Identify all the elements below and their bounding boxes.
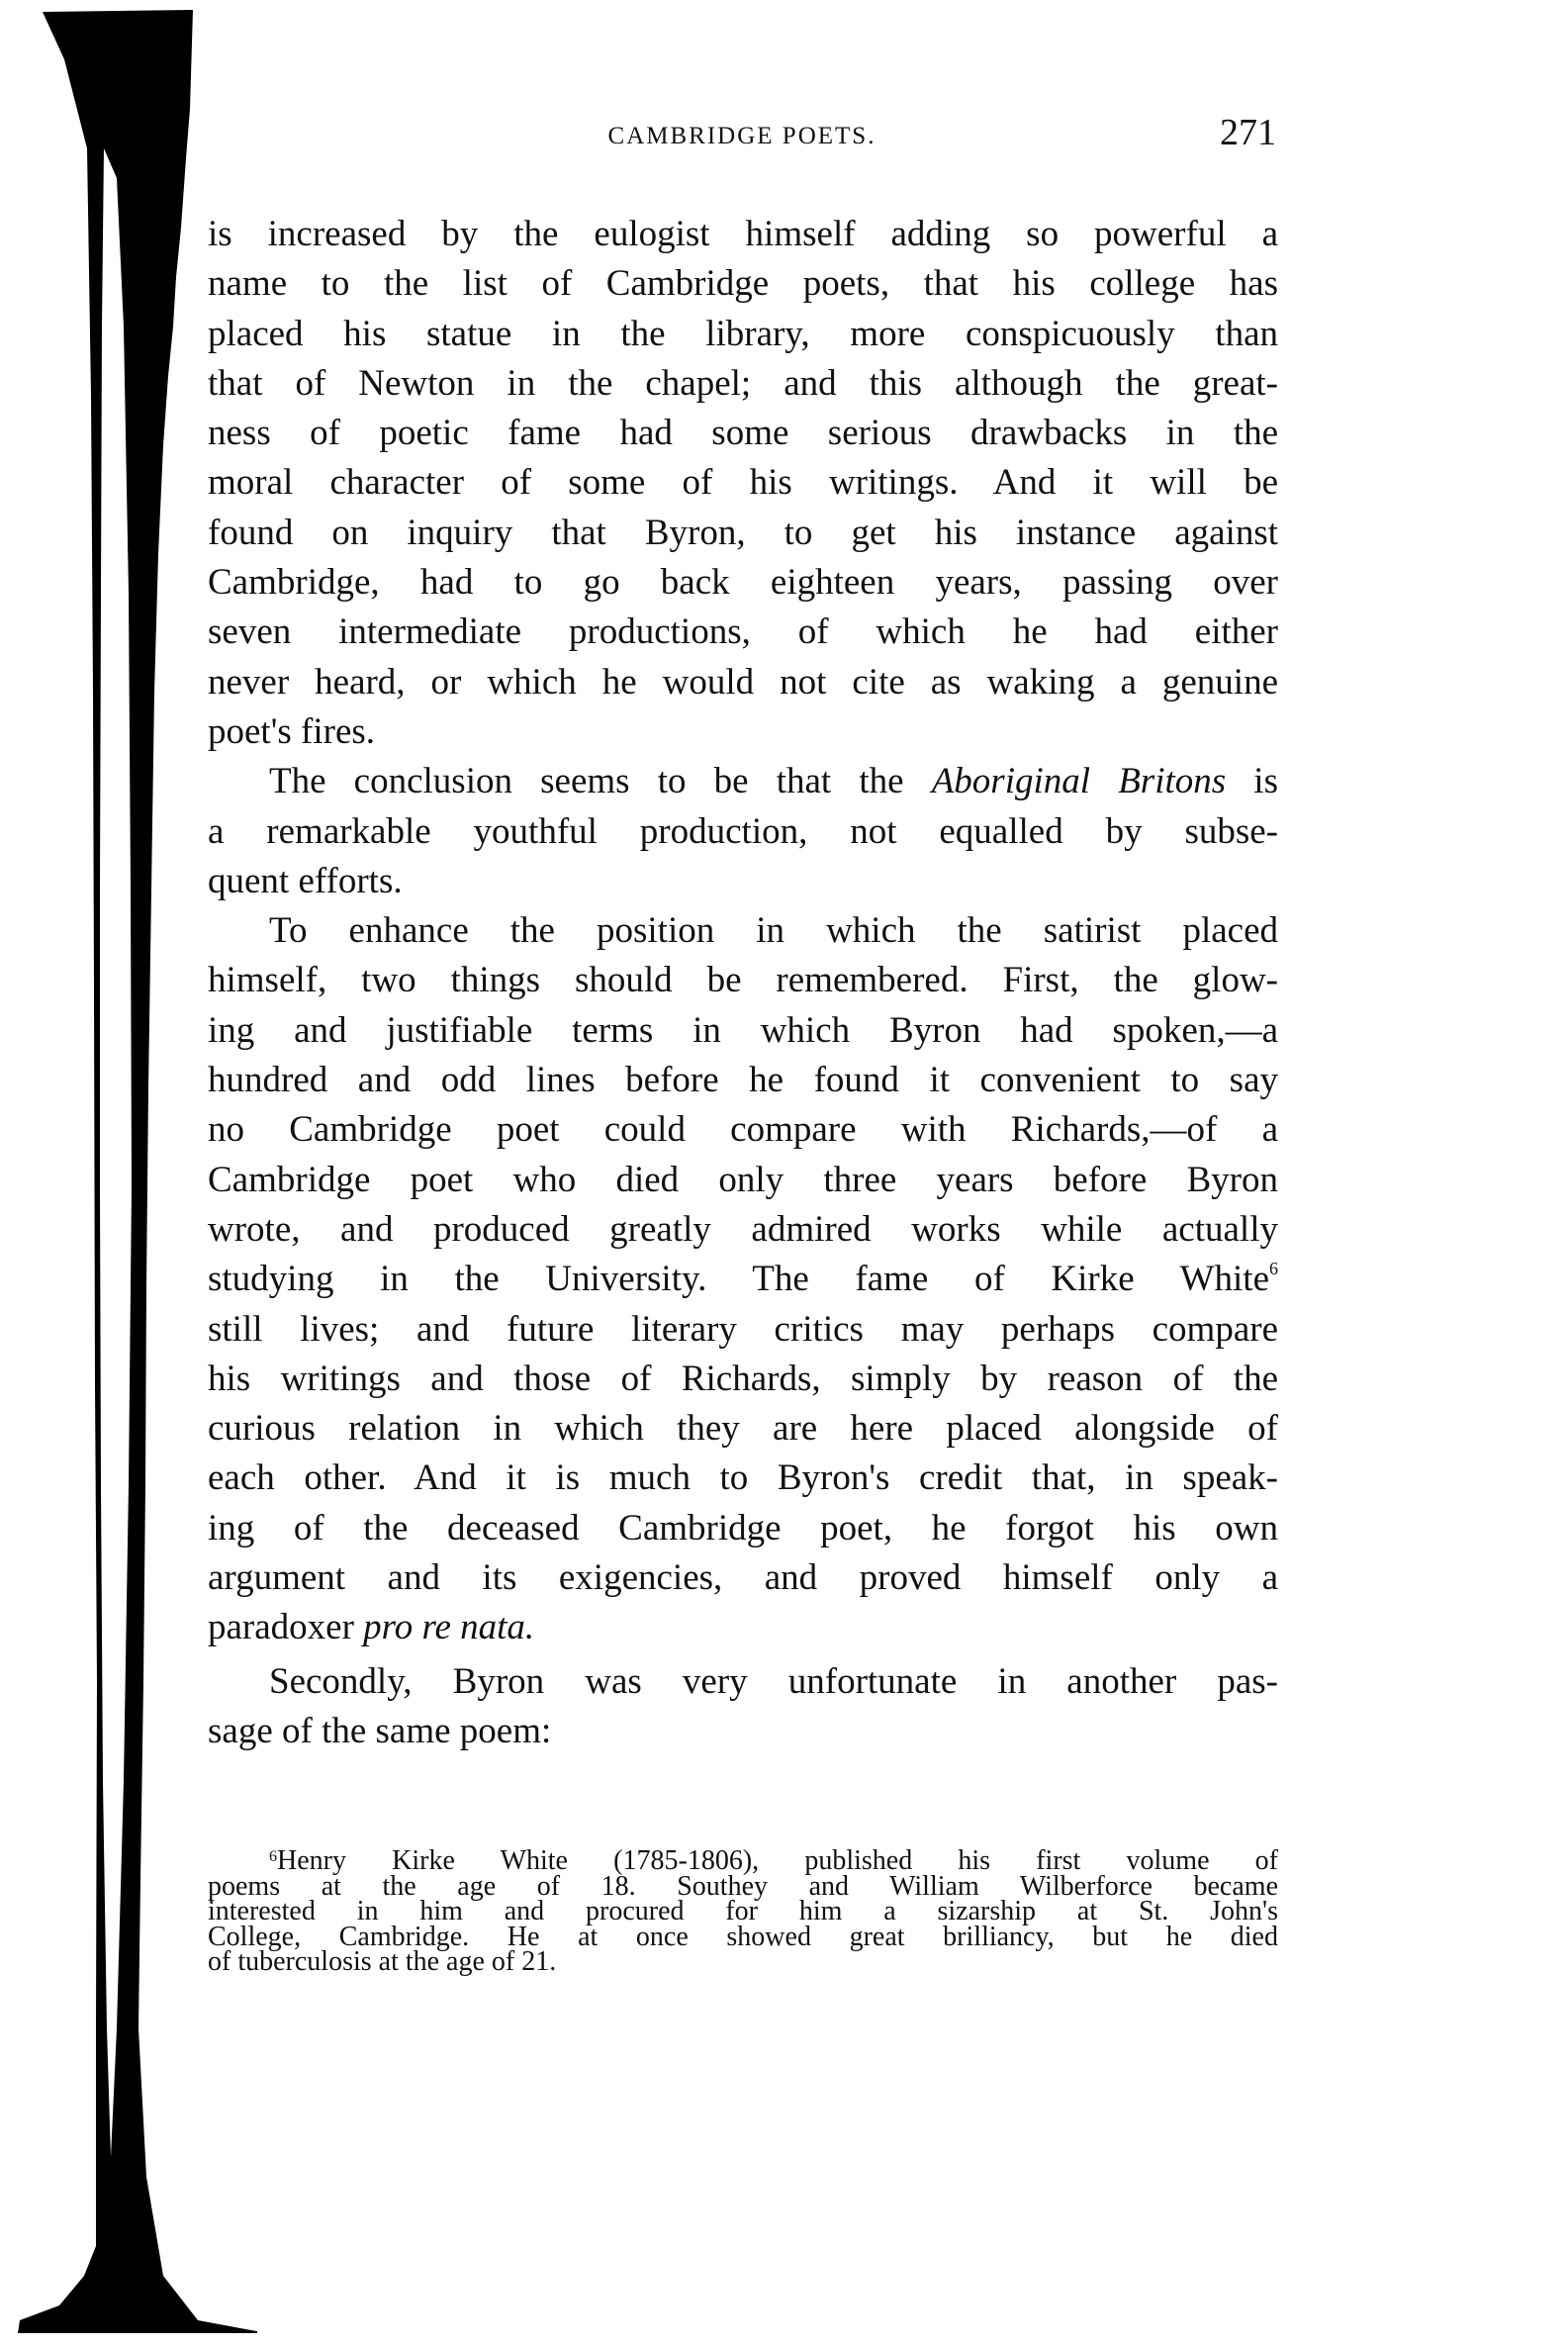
page-number: 271 xyxy=(1220,111,1276,154)
text-line: hundred and odd lines before he found it… xyxy=(208,1056,1278,1105)
paragraph-start-line: The conclusion seems to be that the Abor… xyxy=(208,757,1278,806)
text-run: paradoxer xyxy=(208,1607,363,1647)
text-line: moral character of some of his writings.… xyxy=(208,458,1278,508)
text-line: his writings and those of Richards, simp… xyxy=(208,1355,1278,1404)
text-line: poet's fires. xyxy=(208,707,1278,757)
text-line: curious relation in which they are here … xyxy=(208,1404,1278,1454)
text-line: name to the list of Cambridge poets, tha… xyxy=(208,259,1278,309)
text-line: ing and justifiable terms in which Byron… xyxy=(208,1006,1278,1056)
paragraph-start-line: To enhance the position in which the sat… xyxy=(208,906,1278,956)
text-run: studying in the University. The fame of … xyxy=(208,1259,1269,1299)
text-line: a remarkable youthful production, not eq… xyxy=(208,807,1278,857)
text-line: argument and its exigencies, and proved … xyxy=(208,1553,1278,1603)
running-title: CAMBRIDGE POETS. xyxy=(208,123,1276,150)
text-line: quent efforts. xyxy=(208,857,1278,906)
page-header: CAMBRIDGE POETS. 271 xyxy=(208,111,1276,160)
footnote-marker: 6 xyxy=(269,1848,277,1865)
text-line: wrote, and produced greatly admired work… xyxy=(208,1205,1278,1255)
italic-phrase: pro re nata. xyxy=(363,1607,534,1647)
text-line: each other. And it is much to Byron's cr… xyxy=(208,1454,1278,1503)
footnote-line: interested in him and procured for him a… xyxy=(208,1899,1278,1925)
text-line: paradoxer pro re nata. xyxy=(208,1603,1278,1652)
text-line: seven intermediate productions, of which… xyxy=(208,608,1278,657)
text-line: sage of the same poem: xyxy=(208,1707,1278,1756)
italic-title: Aboriginal Britons xyxy=(932,761,1226,801)
text-line: never heard, or which he would not cite … xyxy=(208,658,1278,707)
footnote-line: of tuberculosis at the age of 21. xyxy=(208,1949,1278,1975)
text-line: himself, two things should be remembered… xyxy=(208,956,1278,1005)
text-run: is xyxy=(1226,761,1278,801)
footnote: 6Henry Kirke White (1785-1806), publishe… xyxy=(208,1848,1278,1975)
text-line: ness of poetic fame had some serious dra… xyxy=(208,409,1278,458)
body-text: is increased by the eulogist himself add… xyxy=(208,210,1278,1756)
paragraph-start-line: Secondly, Byron was very unfortunate in … xyxy=(208,1657,1278,1707)
text-line: still lives; and future literary critics… xyxy=(208,1305,1278,1355)
text-line: is increased by the eulogist himself add… xyxy=(208,210,1278,259)
footnote-line: 6Henry Kirke White (1785-1806), publishe… xyxy=(208,1848,1278,1874)
text-run: The conclusion seems to be that the xyxy=(269,761,932,801)
text-line: that of Newton in the chapel; and this a… xyxy=(208,359,1278,409)
text-line: Cambridge, had to go back eighteen years… xyxy=(208,558,1278,608)
text-line: no Cambridge poet could compare with Ric… xyxy=(208,1105,1278,1155)
text-line: found on inquiry that Byron, to get his … xyxy=(208,509,1278,558)
text-line: ing of the deceased Cambridge poet, he f… xyxy=(208,1504,1278,1553)
text-line: studying in the University. The fame of … xyxy=(208,1255,1278,1304)
text-line: Cambridge poet who died only three years… xyxy=(208,1156,1278,1205)
text-line: placed his statue in the library, more c… xyxy=(208,310,1278,359)
footnote-reference[interactable]: 6 xyxy=(1269,1259,1278,1278)
